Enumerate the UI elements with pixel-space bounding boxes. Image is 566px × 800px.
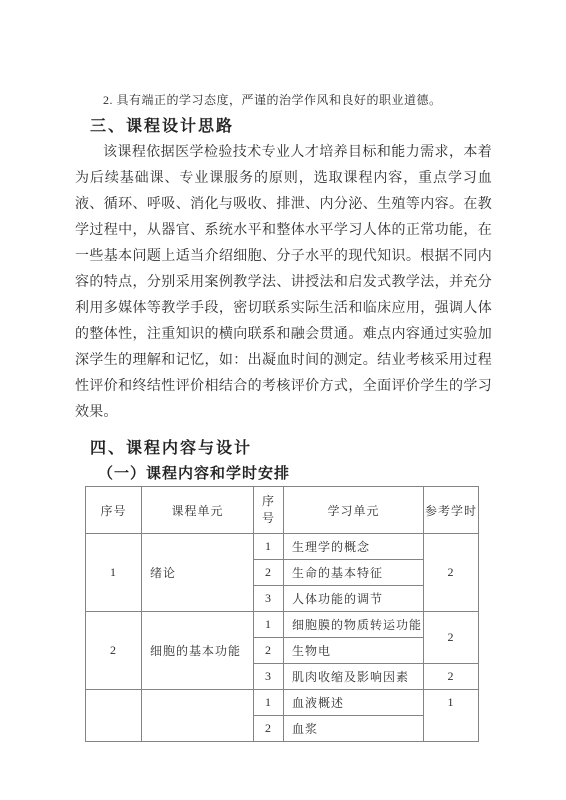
col-header-course-unit: 课程单元 <box>142 487 254 534</box>
sub-seq-cell: 3 <box>254 664 284 690</box>
list-item-2: 2. 具有端正的学习态度，严谨的治学作风和良好的职业道德。 <box>103 92 506 108</box>
seq-cell <box>86 690 142 742</box>
course-unit-cell: 绪论 <box>142 534 254 612</box>
course-content-table: 序号 课程单元 序号 学习单元 参考学时 1 绪论 1 生理学的概念 2 2 生… <box>85 486 479 742</box>
seq-cell: 1 <box>86 534 142 612</box>
sub-seq-cell: 1 <box>254 612 284 638</box>
section-3-heading: 三、课程设计思路 <box>90 117 566 137</box>
col-header-seq: 序号 <box>86 487 142 534</box>
study-unit-cell: 血浆 <box>284 716 424 742</box>
sub-seq-cell: 1 <box>254 534 284 560</box>
sub-seq-cell: 3 <box>254 586 284 612</box>
hours-cell: 2 <box>424 612 479 664</box>
table-header-row: 序号 课程单元 序号 学习单元 参考学时 <box>86 487 479 534</box>
col-header-sub-seq: 序号 <box>254 487 284 534</box>
study-unit-cell: 人体功能的调节 <box>284 586 424 612</box>
section-3-paragraph: 该课程依据医学检验技术专业人才培养目标和能力需求，本着为后续基础课、专业课服务的… <box>75 140 492 426</box>
study-unit-cell: 血液概述 <box>284 690 424 716</box>
study-unit-cell: 生命的基本特征 <box>284 560 424 586</box>
course-unit-cell <box>142 690 254 742</box>
sub-seq-cell: 2 <box>254 716 284 742</box>
col-header-study-unit: 学习单元 <box>284 487 424 534</box>
document-page: 2. 具有端正的学习态度，严谨的治学作风和良好的职业道德。 三、课程设计思路 该… <box>0 0 566 800</box>
hours-cell: 2 <box>424 664 479 690</box>
sub-seq-cell: 1 <box>254 690 284 716</box>
table-row: 1 绪论 1 生理学的概念 2 <box>86 534 479 560</box>
seq-cell: 2 <box>86 612 142 690</box>
study-unit-cell: 肌肉收缩及影响因素 <box>284 664 424 690</box>
study-unit-cell: 生理学的概念 <box>284 534 424 560</box>
hours-cell: 1 <box>424 690 479 742</box>
sub-seq-cell: 2 <box>254 560 284 586</box>
sub-seq-cell: 2 <box>254 638 284 664</box>
study-unit-cell: 细胞膜的物质转运功能 <box>284 612 424 638</box>
table-row: 1 血液概述 1 <box>86 690 479 716</box>
col-header-ref-hours: 参考学时 <box>424 487 479 534</box>
section-4-heading: 四、课程内容与设计 <box>90 439 566 459</box>
section-4-subheading: （一）课程内容和学时安排 <box>98 465 566 483</box>
study-unit-cell: 生物电 <box>284 638 424 664</box>
table-row: 2 细胞的基本功能 1 细胞膜的物质转运功能 2 <box>86 612 479 638</box>
course-unit-cell: 细胞的基本功能 <box>142 612 254 690</box>
hours-cell: 2 <box>424 534 479 612</box>
